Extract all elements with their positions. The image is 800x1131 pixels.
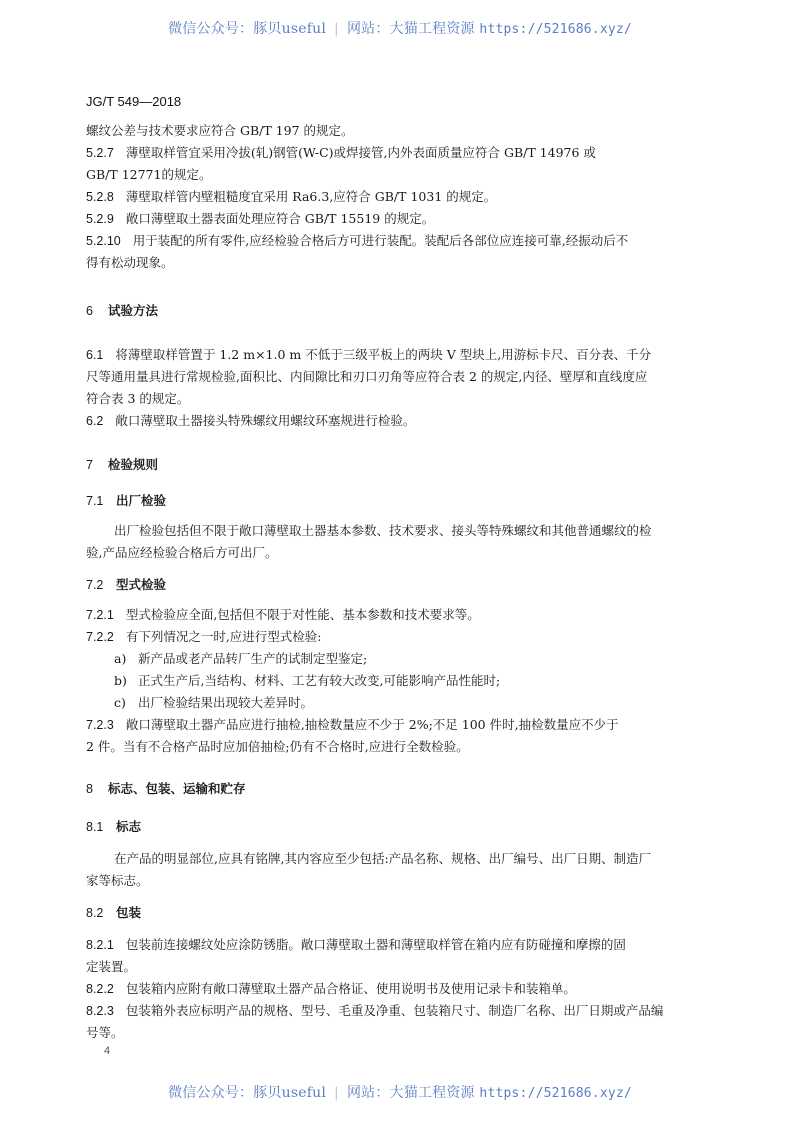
clause-number: 5.2.9: [86, 210, 114, 228]
clause-text: 薄壁取样管内壁粗糙度宜采用 Ra6.3,应符合 GB/T 1031 的规定。: [126, 189, 496, 204]
clause-number: 7.2.3: [86, 716, 114, 734]
clause-5-2-10: 5.2.10用于装配的所有零件,应经检验合格后方可进行装配。装配后各部位应连接可…: [86, 232, 628, 250]
section-number: 8.2: [86, 904, 116, 922]
clause-number: 6.1: [86, 346, 103, 364]
clause-7-2-1: 7.2.1型式检验应全面,包括但不限于对性能、基本参数和技术要求等。: [86, 606, 480, 624]
section-title: 检验规则: [108, 457, 158, 472]
section-8-1-heading: 8.1标志: [86, 818, 141, 836]
list-label: c): [114, 694, 138, 712]
clause-number: 8.2.2: [86, 980, 114, 998]
clause-5-2-9: 5.2.9敞口薄壁取土器表面处理应符合 GB/T 15519 的规定。: [86, 210, 434, 228]
standard-code: JG/T 549—2018: [86, 94, 181, 109]
section-title: 标志: [116, 819, 141, 834]
clause-number: 5.2.7: [86, 144, 114, 162]
clause-number: 6.2: [86, 412, 103, 430]
clause-5-2-8: 5.2.8薄壁取样管内壁粗糙度宜采用 Ra6.3,应符合 GB/T 1031 的…: [86, 188, 496, 206]
section-8-2-heading: 8.2包装: [86, 904, 141, 922]
section-7-2-heading: 7.2型式检验: [86, 576, 166, 594]
list-label: a): [114, 650, 138, 668]
paragraph-8-1-cont: 家等标志。: [86, 872, 149, 890]
page-number: 4: [104, 1045, 110, 1057]
clause-6-1: 6.1将薄壁取样管置于 1.2 m×1.0 m 不低于三级平板上的两块 V 型块…: [86, 346, 651, 364]
clause-5-2-7-cont: GB/T 12771的规定。: [86, 166, 211, 184]
paragraph-8-1: 在产品的明显部位,应具有铭牌,其内容应至少包括:产品名称、规格、出厂编号、出厂日…: [114, 850, 651, 868]
watermark-separator: |: [334, 21, 339, 37]
clause-8-2-2: 8.2.2包装箱内应附有敞口薄壁取土器产品合格证、使用说明书及使用记录卡和装箱单…: [86, 980, 576, 998]
list-label: b): [114, 672, 138, 690]
clause-5-2-10-cont: 得有松动现象。: [86, 254, 174, 272]
list-item-a: a)新产品或老产品转厂生产的试制定型鉴定;: [114, 650, 367, 668]
watermark-url[interactable]: https://521686.xyz/: [479, 22, 632, 37]
paragraph-7-1: 出厂检验包括但不限于敞口薄壁取土器基本参数、技术要求、接头等特殊螺纹和其他普通螺…: [114, 522, 652, 540]
section-8-heading: 8标志、包装、运输和贮存: [86, 780, 246, 798]
clause-8-2-3-cont: 号等。: [86, 1024, 124, 1042]
section-title: 型式检验: [116, 577, 166, 592]
section-title: 试验方法: [108, 303, 158, 318]
section-title: 出厂检验: [116, 493, 166, 508]
clause-text: 敞口薄壁取土器表面处理应符合 GB/T 15519 的规定。: [126, 211, 434, 226]
clause-text: 敞口薄壁取土器接头特殊螺纹用螺纹环塞规进行检验。: [115, 413, 415, 428]
paragraph-continuation: 螺纹公差与技术要求应符合 GB/T 197 的规定。: [86, 122, 354, 140]
section-number: 8: [86, 780, 108, 798]
clause-text: 敞口薄壁取土器产品应进行抽检,抽检数量应不少于 2%;不足 100 件时,抽检数…: [126, 717, 619, 732]
list-text: 新产品或老产品转厂生产的试制定型鉴定;: [138, 651, 367, 666]
paragraph-7-1-cont: 验,产品应经检验合格后方可出厂。: [86, 544, 277, 562]
clause-number: 8.2.3: [86, 1002, 114, 1020]
section-number: 7.2: [86, 576, 116, 594]
section-number: 7: [86, 456, 108, 474]
clause-8-2-1: 8.2.1包装前连接螺纹处应涂防锈脂。敞口薄壁取土器和薄壁取样管在箱内应有防碰撞…: [86, 936, 626, 954]
clause-text: 包装前连接螺纹处应涂防锈脂。敞口薄壁取土器和薄壁取样管在箱内应有防碰撞和摩擦的固: [126, 937, 626, 952]
section-title: 标志、包装、运输和贮存: [108, 781, 246, 796]
clause-7-2-2: 7.2.2有下列情况之一时,应进行型式检验:: [86, 628, 322, 646]
list-text: 正式生产后,当结构、材料、工艺有较大改变,可能影响产品性能时;: [138, 673, 500, 688]
clause-6-1-cont: 尺等通用量具进行常规检验,面积比、内间隙比和刃口刃角等应符合表 2 的规定,内径…: [86, 368, 647, 386]
list-item-b: b)正式生产后,当结构、材料、工艺有较大改变,可能影响产品性能时;: [114, 672, 500, 690]
watermark-url[interactable]: https://521686.xyz/: [479, 1086, 632, 1101]
clause-text: 有下列情况之一时,应进行型式检验:: [126, 629, 322, 644]
clause-text: 包装箱内应附有敞口薄壁取土器产品合格证、使用说明书及使用记录卡和装箱单。: [126, 981, 576, 996]
clause-text: 型式检验应全面,包括但不限于对性能、基本参数和技术要求等。: [126, 607, 480, 622]
watermark-separator: |: [334, 1085, 339, 1101]
section-number: 7.1: [86, 492, 116, 510]
clause-number: 5.2.8: [86, 188, 114, 206]
clause-text: 用于装配的所有零件,应经检验合格后方可进行装配。装配后各部位应连接可靠,经振动后…: [133, 233, 628, 248]
watermark-top: 微信公众号：豚贝useful|网站：大猫工程资源 https://521686.…: [0, 18, 800, 38]
watermark-bottom: 微信公众号：豚贝useful|网站：大猫工程资源 https://521686.…: [0, 1082, 800, 1102]
section-6-heading: 6试验方法: [86, 302, 158, 320]
clause-number: 8.2.1: [86, 936, 114, 954]
clause-text: 薄壁取样管宜采用冷拔(轧)钢管(W-C)或焊接管,内外表面质量应符合 GB/T …: [126, 145, 596, 160]
watermark-label: 微信公众号：豚贝useful: [168, 1085, 326, 1101]
section-title: 包装: [116, 905, 141, 920]
watermark-site: 网站：大猫工程资源: [347, 21, 475, 37]
clause-number: 5.2.10: [86, 232, 121, 250]
watermark-site: 网站：大猫工程资源: [347, 1085, 475, 1101]
section-number: 8.1: [86, 818, 116, 836]
clause-text: 将薄壁取样管置于 1.2 m×1.0 m 不低于三级平板上的两块 V 型块上,用…: [115, 347, 651, 362]
clause-7-2-3-cont: 2 件。当有不合格产品时应加倍抽检;仍有不合格时,应进行全数检验。: [86, 738, 469, 756]
watermark-label: 微信公众号：豚贝useful: [168, 21, 326, 37]
clause-6-2: 6.2敞口薄壁取土器接头特殊螺纹用螺纹环塞规进行检验。: [86, 412, 415, 430]
section-7-heading: 7检验规则: [86, 456, 158, 474]
clause-number: 7.2.2: [86, 628, 114, 646]
clause-7-2-3: 7.2.3敞口薄壁取土器产品应进行抽检,抽检数量应不少于 2%;不足 100 件…: [86, 716, 619, 734]
section-7-1-heading: 7.1出厂检验: [86, 492, 166, 510]
clause-text: 包装箱外表应标明产品的规格、型号、毛重及净重、包装箱尺寸、制造厂名称、出厂日期或…: [126, 1003, 664, 1018]
clause-6-1-cont2: 符合表 3 的规定。: [86, 390, 189, 408]
clause-5-2-7: 5.2.7薄壁取样管宜采用冷拔(轧)钢管(W-C)或焊接管,内外表面质量应符合 …: [86, 144, 596, 162]
list-text: 出厂检验结果出现较大差异时。: [138, 695, 313, 710]
list-item-c: c)出厂检验结果出现较大差异时。: [114, 694, 313, 712]
section-number: 6: [86, 302, 108, 320]
clause-8-2-3: 8.2.3包装箱外表应标明产品的规格、型号、毛重及净重、包装箱尺寸、制造厂名称、…: [86, 1002, 663, 1020]
clause-number: 7.2.1: [86, 606, 114, 624]
clause-8-2-1-cont: 定装置。: [86, 958, 136, 976]
